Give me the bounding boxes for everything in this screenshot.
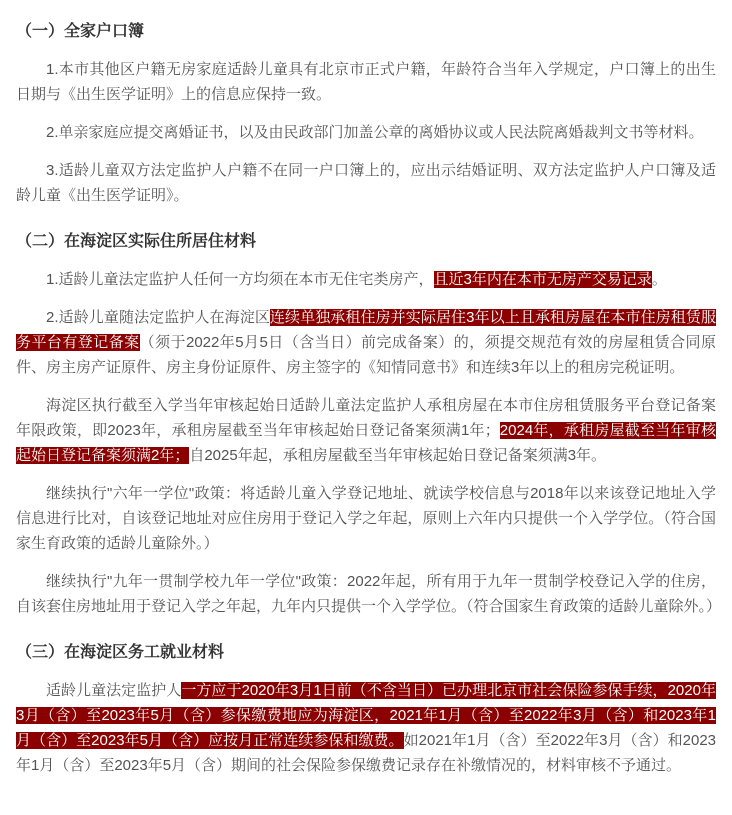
paragraph: 2.单亲家庭应提交离婚证书，以及由民政部门加盖公章的离婚协议或人民法院离婚裁判文…: [16, 120, 716, 145]
paragraph: 1.本市其他区户籍无房家庭适龄儿童具有北京市正式户籍，年龄符合当年入学规定，户口…: [16, 57, 716, 107]
text-run: 。: [652, 271, 667, 288]
text-run: 继续执行"九年一贯制学校九年一学位"政策：2022年起，所有用于九年一贯制学校登…: [16, 573, 721, 615]
highlighted-text: 且近3年内在本市无房产交易记录: [434, 271, 652, 288]
text-run: 1.本市其他区户籍无房家庭适龄儿童具有北京市正式户籍，年龄符合当年入学规定，户口…: [16, 61, 716, 103]
paragraph: 继续执行"六年一学位"政策：将适龄儿童入学登记地址、就读学校信息与2018年以来…: [16, 481, 716, 556]
text-run: 3.适龄儿童双方法定监护人户籍不在同一户口簿上的，应出示结婚证明、双方法定监护人…: [16, 162, 716, 204]
paragraph: 海淀区执行截至入学当年审核起始日适龄儿童法定监护人承租房屋在本市住房租赁服务平台…: [16, 393, 716, 468]
paragraph: 1.适龄儿童法定监护人任何一方均须在本市无住宅类房产，且近3年内在本市无房产交易…: [16, 267, 716, 292]
section-heading: （三）在海淀区务工就业材料: [16, 641, 716, 665]
paragraph: 3.适龄儿童双方法定监护人户籍不在同一户口簿上的，应出示结婚证明、双方法定监护人…: [16, 158, 716, 208]
text-run: 适龄儿童法定监护人: [46, 682, 181, 699]
paragraph: 继续执行"九年一贯制学校九年一学位"政策：2022年起，所有用于九年一贯制学校登…: [16, 569, 716, 619]
text-run: 1.适龄儿童法定监护人任何一方均须在本市无住宅类房产，: [46, 271, 434, 288]
section-heading: （一）全家户口簿: [16, 20, 716, 44]
section-heading: （二）在海淀区实际住所居住材料: [16, 230, 716, 254]
text-run: 2.单亲家庭应提交离婚证书，以及由民政部门加盖公章的离婚协议或人民法院离婚裁判文…: [46, 124, 704, 141]
paragraph: 适龄儿童法定监护人一方应于2020年3月1日前（不含当日）已办理北京市社会保险参…: [16, 678, 716, 778]
text-run: 2.适龄儿童随法定监护人在海淀区: [46, 309, 270, 326]
text-run: 继续执行"六年一学位"政策：将适龄儿童入学登记地址、就读学校信息与2018年以来…: [16, 485, 716, 552]
paragraph: 2.适龄儿童随法定监护人在海淀区连续单独承租住房并实际居住3年以上且承租房屋在本…: [16, 305, 716, 380]
text-run: 自2025年起，承租房屋截至当年审核起始日登记备案须满3年。: [189, 447, 606, 464]
document-body: （一）全家户口簿1.本市其他区户籍无房家庭适龄儿童具有北京市正式户籍，年龄符合当…: [0, 0, 732, 815]
